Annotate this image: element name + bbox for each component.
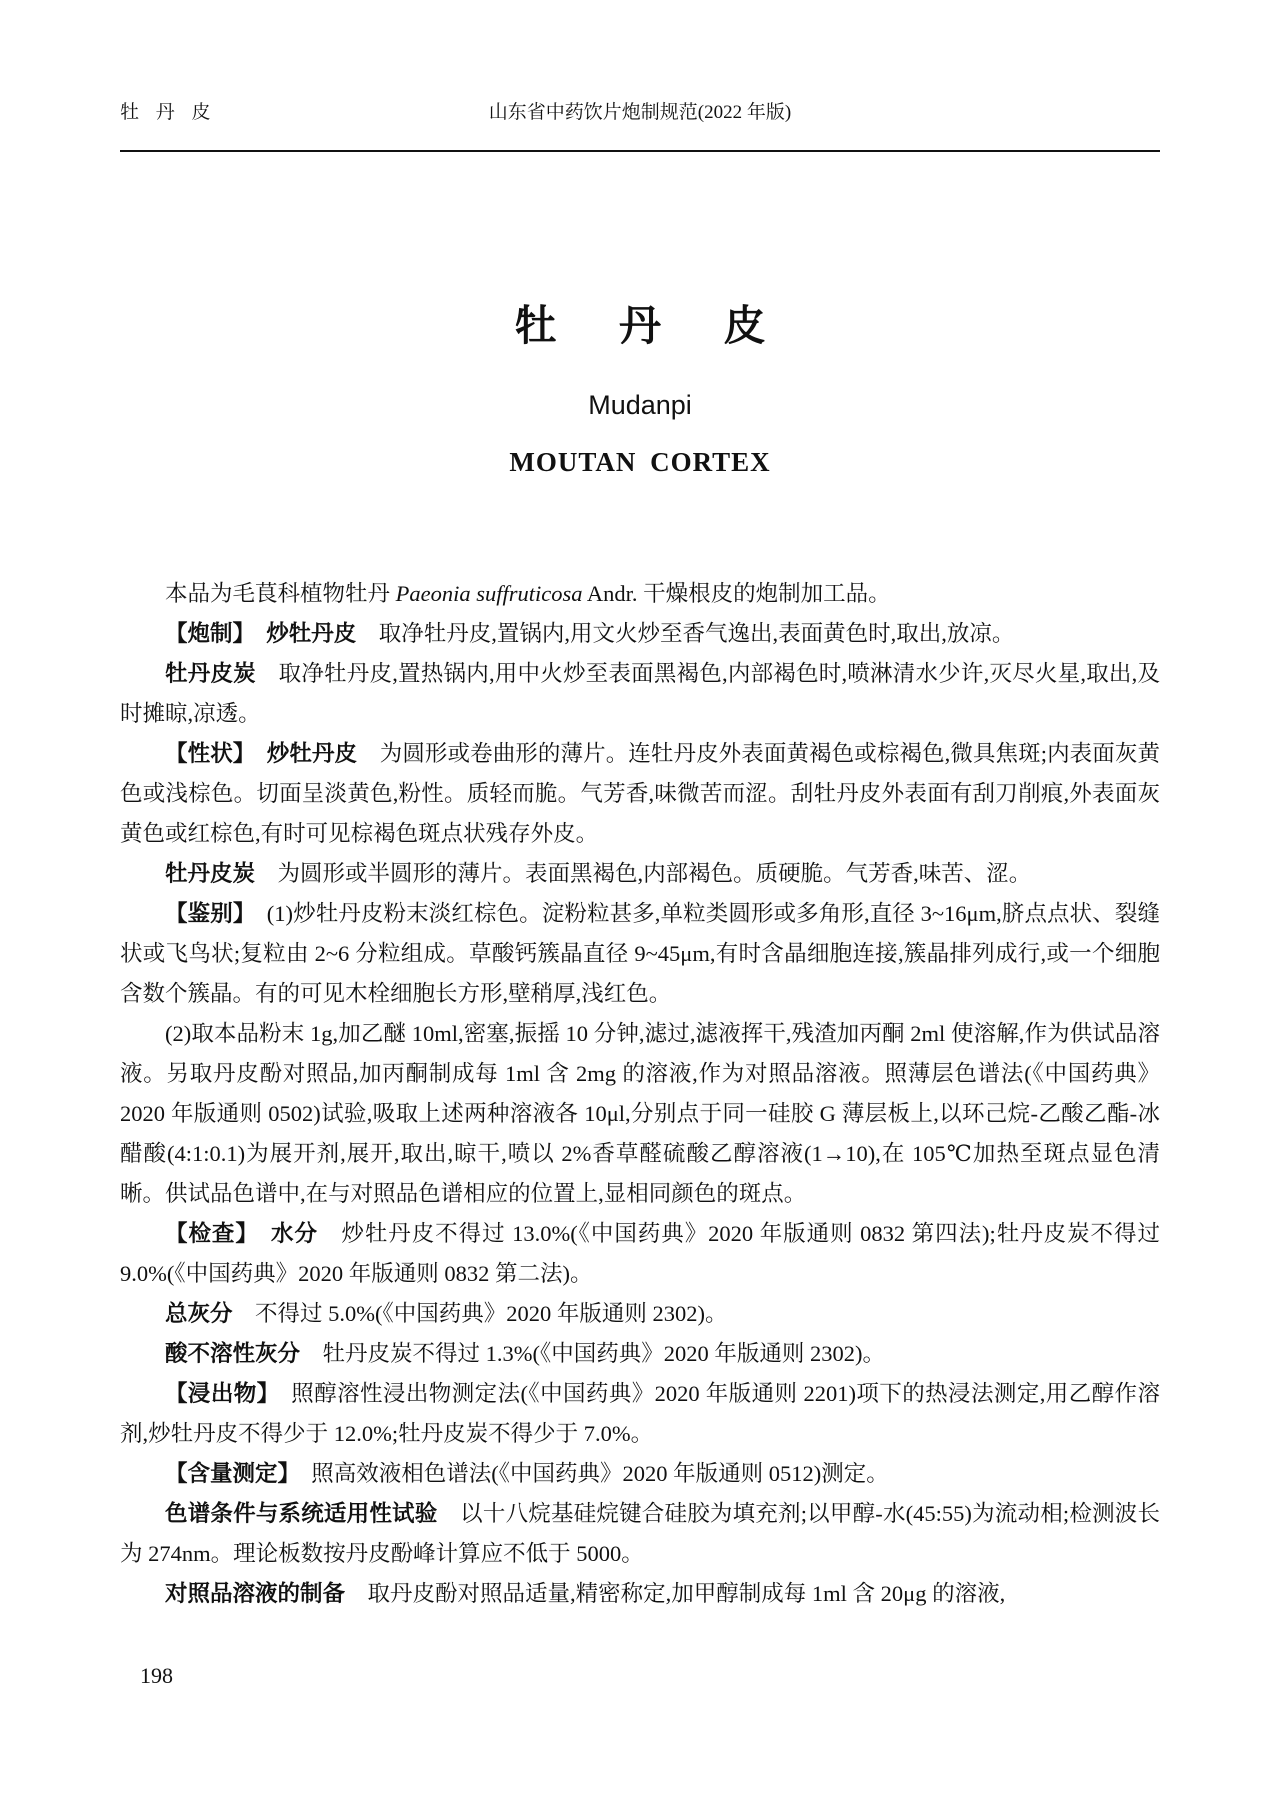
body-label: 对照品溶液的制备 [165,1581,345,1606]
body-text: 不得过 5.0%(《中国药典》2020 年版通则 2302)。 [233,1301,728,1326]
title-pinyin: Mudanpi [120,390,1160,420]
body-label: 炒牡丹皮 [266,621,356,646]
paragraph-6: 【鉴别】 (1)炒牡丹皮粉末淡红棕色。淀粉粒甚多,单粒类圆形或多角形,直径 3~… [120,894,1160,1014]
paragraph-4: 【性状】 炒牡丹皮 为圆形或卷曲形的薄片。连牡丹皮外表面黄褐色或棕褐色,微具焦斑… [120,734,1160,854]
body-label: 牡丹皮炭 [165,661,256,686]
body-text [244,621,267,646]
paragraph-9: 总灰分 不得过 5.0%(《中国药典》2020 年版通则 2302)。 [120,1294,1160,1334]
body-label: 【浸出物】 [165,1381,268,1406]
paragraph-2: 【炮制】 炒牡丹皮 取净牡丹皮,置锅内,用文火炒至香气逸出,表面黄色时,取出,放… [120,614,1160,654]
body-text: (2)取本品粉末 1g,加乙醚 10ml,密塞,振摇 10 分钟,滤过,滤液挥干… [120,1021,1160,1206]
body-text: 取丹皮酚对照品适量,精密称定,加甲醇制成每 1ml 含 20μg 的溶液, [345,1581,1005,1606]
body-text: 本品为毛茛科植物牡丹 [165,581,396,606]
body-label: 【性状】 [165,741,244,766]
body-label: 【含量测定】 [165,1461,289,1486]
running-header: 牡 丹 皮 山东省中药饮片炮制规范(2022 年版) [120,0,1160,126]
paragraph-3: 牡丹皮炭 取净牡丹皮,置热锅内,用中火炒至表面黑褐色,内部褐色时,喷淋清水少许,… [120,654,1160,734]
paragraph-1: 本品为毛茛科植物牡丹 Paeonia suffruticosa Andr. 干燥… [120,574,1160,614]
body-label: 牡丹皮炭 [165,861,255,886]
document-page: 牡 丹 皮 山东省中药饮片炮制规范(2022 年版) 牡 丹 皮 Mudanpi… [0,0,1280,1810]
header-book-title: 山东省中药饮片炮制规范(2022 年版) [120,100,1160,126]
body-label: 【检查】 [165,1221,248,1246]
body-text: 取净牡丹皮,置热锅内,用中火炒至表面黑褐色,内部褐色时,喷淋清水少许,灭尽火星,… [120,661,1160,726]
body-text: Andr. 干燥根皮的炮制加工品。 [583,581,891,606]
body-text: 牡丹皮炭不得过 1.3%(《中国药典》2020 年版通则 2302)。 [300,1341,885,1366]
body-text: (1)炒牡丹皮粉末淡红棕色。淀粉粒甚多,单粒类圆形或多角形,直径 3~16μm,… [120,901,1160,1006]
header-divider [120,150,1160,152]
body-label: 炒牡丹皮 [267,741,357,766]
body-label: 酸不溶性灰分 [165,1341,300,1366]
body-text [244,741,267,766]
body-text: 照醇溶性浸出物测定法(《中国药典》2020 年版通则 2201)项下的热浸法测定… [120,1381,1160,1446]
paragraph-8: 【检查】 水分 炒牡丹皮不得过 13.0%(《中国药典》2020 年版通则 08… [120,1214,1160,1294]
body-label: 【鉴别】 [165,901,244,926]
paragraph-5: 牡丹皮炭 为圆形或半圆形的薄片。表面黑褐色,内部褐色。质硬脆。气芳香,味苦、涩。 [120,854,1160,894]
page-title: 牡 丹 皮 [120,302,1160,352]
body-label: 水分 [271,1221,318,1246]
paragraph-13: 色谱条件与系统适用性试验 以十八烷基硅烷键合硅胶为填充剂;以甲醇-水(45:55… [120,1494,1160,1574]
paragraph-11: 【浸出物】 照醇溶性浸出物测定法(《中国药典》2020 年版通则 2201)项下… [120,1374,1160,1454]
body-label: 【炮制】 [165,621,244,646]
body-text: 照高效液相色谱法(《中国药典》2020 年版通则 0512)测定。 [289,1461,889,1486]
body-text: 取净牡丹皮,置锅内,用文火炒至香气逸出,表面黄色时,取出,放凉。 [356,621,1014,646]
body-text [248,1221,271,1246]
body-label: 总灰分 [165,1301,233,1326]
paragraph-7: (2)取本品粉末 1g,加乙醚 10ml,密塞,振摇 10 分钟,滤过,滤液挥干… [120,1014,1160,1214]
paragraph-14: 对照品溶液的制备 取丹皮酚对照品适量,精密称定,加甲醇制成每 1ml 含 20μ… [120,1574,1160,1614]
title-latin: MOUTAN CORTEX [120,446,1160,478]
page-number: 198 [140,1662,173,1690]
paragraph-10: 酸不溶性灰分 牡丹皮炭不得过 1.3%(《中国药典》2020 年版通则 2302… [120,1334,1160,1374]
paragraph-12: 【含量测定】 照高效液相色谱法(《中国药典》2020 年版通则 0512)测定。 [120,1454,1160,1494]
body-text: 为圆形或半圆形的薄片。表面黑褐色,内部褐色。质硬脆。气芳香,味苦、涩。 [255,861,1031,886]
document-body: 本品为毛茛科植物牡丹 Paeonia suffruticosa Andr. 干燥… [120,574,1160,1614]
body-label: 色谱条件与系统适用性试验 [165,1501,437,1526]
latin-binomial: Paeonia suffruticosa [396,581,583,606]
